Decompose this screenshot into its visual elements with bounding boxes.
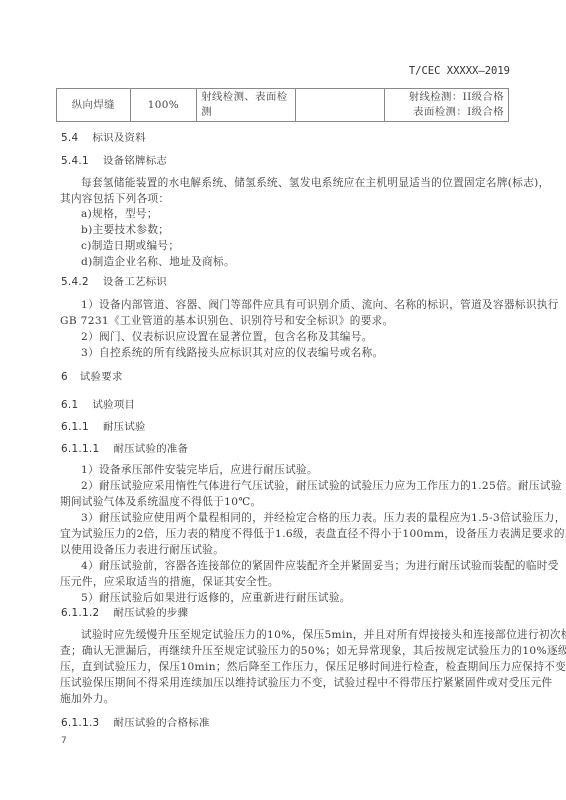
section-heading-5-4-2: 5.4.2设备工艺标识 [61, 273, 167, 288]
section-number: 6.1.1.1 [61, 443, 99, 455]
section-title: 设备铭牌标志 [103, 155, 167, 167]
section-title: 设备工艺标识 [103, 276, 167, 288]
section-title: 耐压试验的准备 [113, 443, 188, 455]
list-item: c)制造日期或编号； [81, 238, 179, 254]
document-code: T/CEC XXXXX—2019 [409, 65, 510, 77]
section-title: 标识及资料 [92, 132, 145, 144]
list-item: d)制造企业名称、地址及商标。 [81, 254, 235, 270]
list-item: 4）耐压试验前，容器各连接部位的紧固件应装配齐全并紧固妥当；为进行耐压试验而装配… [81, 558, 559, 574]
paragraph-line: 其内容包括下列各项： [60, 191, 169, 207]
section-heading-6-1-1-3: 6.1.1.3耐压试验的合格标准 [61, 714, 210, 729]
paragraph-line: 查；确认无泄漏后，再继续升压至规定试验压力的50%；如无异常现象，其后按规定试验… [60, 643, 566, 659]
paragraph-line: 压试验保压期间不得采用连续加压以维持试验压力不变，试验过程中不得带压拧紧紧固件或… [60, 675, 552, 691]
section-title: 试验要求 [80, 371, 123, 383]
paragraph-line: 压，直到试验压力，保压10min；然后降至工作压力，保压足够时间进行检查，检查期… [60, 659, 566, 675]
section-number: 6.1.1.2 [61, 607, 99, 619]
list-item: a)规格，型号； [81, 206, 158, 222]
section-number: 5.4.2 [61, 276, 89, 288]
section-title: 耐压试验的合格标准 [113, 717, 209, 729]
section-number: 6.1 [61, 399, 78, 411]
page-number: 7 [61, 736, 67, 746]
section-heading-5-4: 5.4标识及资料 [61, 129, 146, 144]
list-item-continuation: 压元件，应采取适当的措施，保证其安全性。 [60, 574, 279, 590]
section-heading-6-1-1-2: 6.1.1.2耐压试验的步骤 [61, 604, 188, 619]
cell-method: 射线检测、表面检测 [197, 89, 296, 122]
section-number: 6.1.1.3 [61, 717, 99, 729]
list-item: b)主要技术参数； [81, 222, 169, 238]
cell-result: 射线检测：II级合格 表面检测：I级合格 [384, 89, 508, 122]
result-line: 射线检测：II级合格 [389, 90, 504, 105]
list-item: 1）设备内部管道、容器、阀门等部件应具有可识别介质、流向、名称的标识，管道及容器… [81, 297, 559, 313]
list-item: 2）阀门、仪表标识应设置在显著位置，包含名称及其编号。 [81, 329, 373, 345]
cell-item: 纵向焊缝 [57, 89, 131, 122]
section-title: 耐压试验的步骤 [113, 607, 188, 619]
paragraph-line: 每套氢储能装置的水电解系统、储氢系统、氢发电系统应在主机明显适当的位置固定名牌(… [81, 175, 550, 191]
table-row: 纵向焊缝 100% 射线检测、表面检测 射线检测：II级合格 表面检测：I级合格 [57, 89, 509, 122]
list-item: 2）耐压试验应采用惰性气体进行气压试验，耐压试验的试验压力应为工作压力的1.25… [81, 478, 562, 494]
list-item: 3）自控系统的所有线路接头应标识其对应的仪表编号或名称。 [81, 345, 384, 361]
section-number: 5.4 [61, 132, 78, 144]
section-number: 5.4.1 [61, 155, 89, 167]
section-heading-6: 6试验要求 [61, 368, 123, 383]
section-heading-6-1: 6.1试验项目 [61, 396, 135, 411]
list-item-continuation: 宜为试验压力的2倍，压力表的精度不得低于1.6级，表盘直径不得小于100mm，设… [60, 526, 566, 542]
list-item: 1）设备承压部件安装完毕后，应进行耐压试验。 [81, 462, 318, 478]
list-item-continuation: 以使用设备压力表进行耐压试验。 [60, 542, 224, 558]
section-heading-6-1-1: 6.1.1耐压试验 [61, 418, 146, 433]
result-line: 表面检测：I级合格 [389, 105, 504, 120]
section-number: 6 [61, 371, 68, 383]
list-item-continuation: GB 7231《工业管道的基本识别色、识别符号和安全标识》的要求。 [60, 313, 394, 329]
section-title: 耐压试验 [103, 421, 146, 433]
section-heading-5-4-1: 5.4.1设备铭牌标志 [61, 152, 167, 167]
list-item-continuation: 期间试验气体及系统温度不得低于10℃。 [60, 494, 261, 510]
cell-empty [296, 89, 385, 122]
inspection-table: 纵向焊缝 100% 射线检测、表面检测 射线检测：II级合格 表面检测：I级合格 [56, 88, 509, 122]
paragraph-line: 试验时应先缓慢升压至规定试验压力的10%，保压5min，并且对所有焊接接头和连接… [81, 627, 566, 643]
paragraph-line: 施加外力。 [60, 691, 115, 707]
list-item: 3）耐压试验应使用两个量程相同的，并经检定合格的压力表。压力表的量程应为1.5-… [81, 510, 566, 526]
section-heading-6-1-1-1: 6.1.1.1耐压试验的准备 [61, 440, 188, 455]
section-number: 6.1.1 [61, 421, 89, 433]
section-title: 试验项目 [92, 399, 135, 411]
cell-ratio: 100% [130, 89, 197, 122]
